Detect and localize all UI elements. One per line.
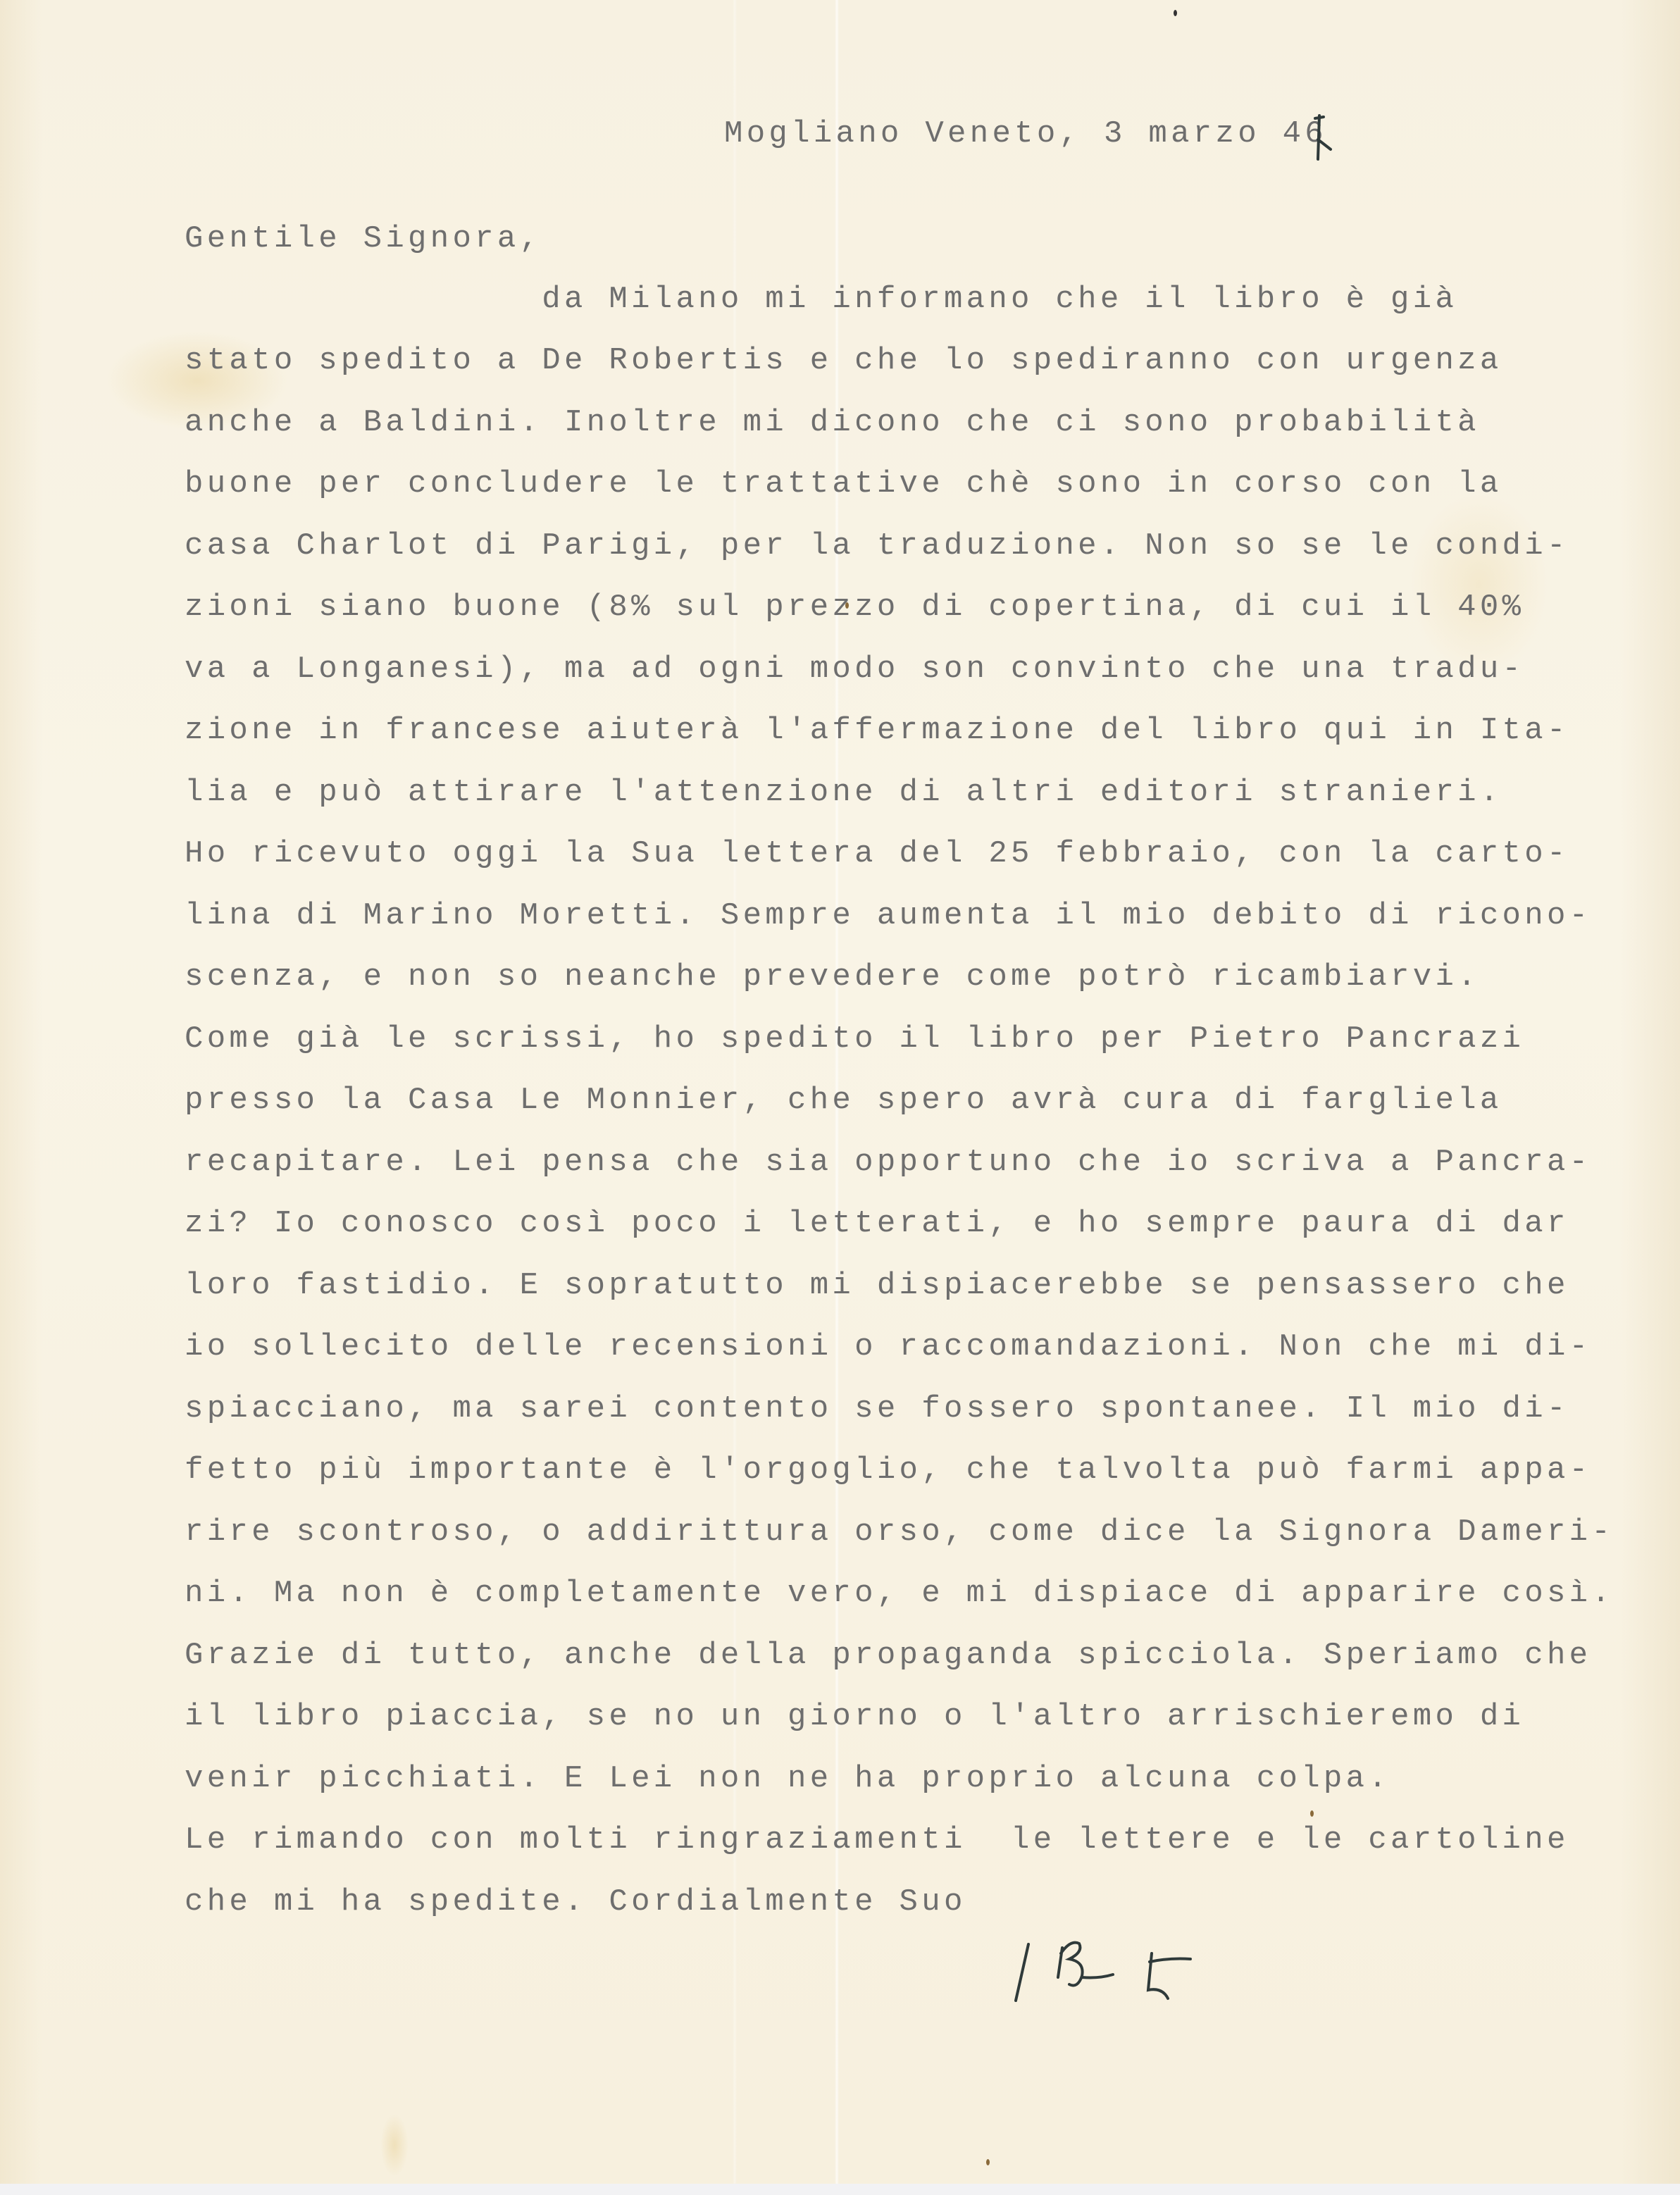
letter-line: venir picchiati. E Lei non ne ha proprio…: [185, 1763, 1390, 1794]
letter-paper: Mogliano Veneto, 3 marzo 46 Gentile Sign…: [0, 0, 1680, 2184]
letter-line: buone per concludere le trattative chè s…: [185, 468, 1502, 499]
letter-line: scenza, e non so neanche prevedere come …: [185, 962, 1480, 993]
letter-line: lia e può attirare l'attenzione di altri…: [185, 777, 1502, 808]
letter-line: recapitare. Lei pensa che sia opportuno …: [185, 1147, 1591, 1178]
letter-line: Grazie di tutto, anche della propaganda …: [185, 1640, 1591, 1671]
letter-line: Le rimando con molti ringraziamenti le l…: [185, 1824, 1569, 1855]
letter-line: io sollecito delle recensioni o raccoman…: [185, 1331, 1591, 1362]
letter-line: lina di Marino Moretti. Sempre aumenta i…: [185, 900, 1591, 931]
letter-line: da Milano mi informano che il libro è gi…: [185, 284, 1457, 315]
letter-line: che mi ha spedite. Cordialmente Suo: [185, 1886, 966, 1917]
paper-speck: [986, 2159, 990, 2165]
dateline: Mogliano Veneto, 3 marzo 46: [724, 118, 1327, 149]
letter-line: zi? Io conosco così poco i letterati, e …: [185, 1208, 1569, 1239]
letter-line: zioni siano buone (8% sul prezzo di cope…: [185, 592, 1524, 623]
letter-line: zione in francese aiuterà l'affermazione…: [185, 715, 1569, 746]
paper-speck: [1310, 1810, 1314, 1817]
letter-line: fetto più importante è l'orgoglio, che t…: [185, 1455, 1591, 1486]
letter-line: presso la Casa Le Monnier, che spero avr…: [185, 1085, 1502, 1116]
paper-stain: [1409, 493, 1550, 676]
letter-line: spiacciano, ma sarei contento se fossero…: [185, 1393, 1569, 1424]
salutation: Gentile Signora,: [185, 223, 542, 254]
letter-line: anche a Baldini. Inoltre mi dicono che c…: [185, 407, 1480, 438]
letter-line: ni. Ma non è completamente vero, e mi di…: [185, 1578, 1614, 1609]
handwritten-year-correction: [1307, 113, 1338, 162]
paper-speck: [1174, 10, 1177, 16]
letter-line: casa Charlot di Parigi, per la traduzion…: [185, 530, 1569, 561]
letter-line: Ho ricevuto oggi la Sua lettera del 25 f…: [185, 838, 1569, 869]
paper-stain: [380, 2113, 409, 2177]
letter-line: il libro piaccia, se no un giorno o l'al…: [185, 1701, 1524, 1732]
letter-line: loro fastidio. E sopratutto mi dispiacer…: [185, 1270, 1569, 1301]
letter-line: rire scontroso, o addirittura orso, come…: [185, 1517, 1614, 1548]
handwritten-signature: [1014, 1934, 1240, 2011]
letter-line: va a Longanesi), ma ad ogni modo son con…: [185, 654, 1524, 685]
letter-line: Come già le scrissi, ho spedito il libro…: [185, 1024, 1524, 1055]
letter-line: stato spedito a De Robertis e che lo spe…: [185, 345, 1502, 376]
